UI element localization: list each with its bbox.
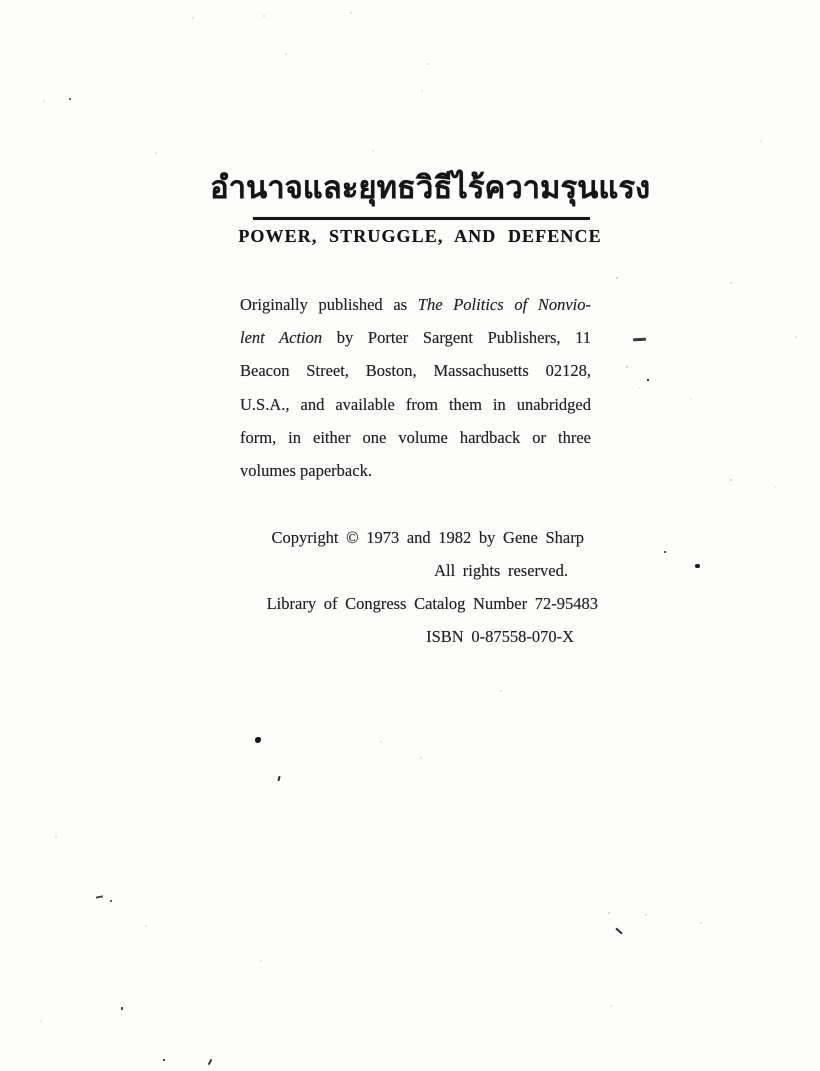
paragraph-text: by Porter Sargent Publishers, 11 [337,328,591,347]
library-of-congress-line: Library of Congress Catalog Number 72-95… [246,587,598,620]
isbn-line: ISBN 0-87558-070-X [246,620,598,653]
scan-speckle [633,338,646,341]
copyright-block: Copyright © 1973 and 1982 by Gene Sharp … [246,521,598,653]
copyright-line: Copyright © 1973 and 1982 by Gene Sharp [246,521,598,554]
scan-speckle [110,900,112,902]
scan-speckle [96,895,103,898]
paragraph-line: form, in either one volume hardback or t… [240,421,591,454]
rights-reserved-line: All rights reserved. [246,554,598,587]
publication-paragraph: Originally published as The Politics of … [240,288,591,487]
book-title-italic: lent Action [240,328,322,347]
scanned-book-page: อำนาจและยุทธวิธีไร้ความรุนแรง POWER, STR… [0,0,820,1071]
paragraph-line: U.S.A., and available from them in unabr… [240,388,591,421]
thai-book-title: อำนาจและยุทธวิธีไร้ความรุนแรง [210,162,630,214]
paragraph-line: Originally published as The Politics of … [240,288,591,321]
scan-noise-dots [0,0,2,2]
scan-speckle [121,1007,123,1010]
scan-speckle [208,1059,213,1065]
scan-speckle [277,776,280,781]
book-title-italic: The Politics of Nonvio- [418,295,591,314]
title-divider-rule [253,217,590,220]
paragraph-line: lent Action by Porter Sargent Publishers… [240,321,591,354]
scan-speckle [255,737,261,743]
paragraph-text: Originally published as [240,295,407,314]
paragraph-line: volumes paperback. [240,454,591,487]
english-book-title: POWER, STRUGGLE, AND DEFENCE [210,224,630,248]
scan-speckle [695,564,700,568]
scan-speckle [664,551,666,553]
scan-speckle [615,928,622,935]
paragraph-line: Beacon Street, Boston, Massachusetts 021… [240,354,591,387]
